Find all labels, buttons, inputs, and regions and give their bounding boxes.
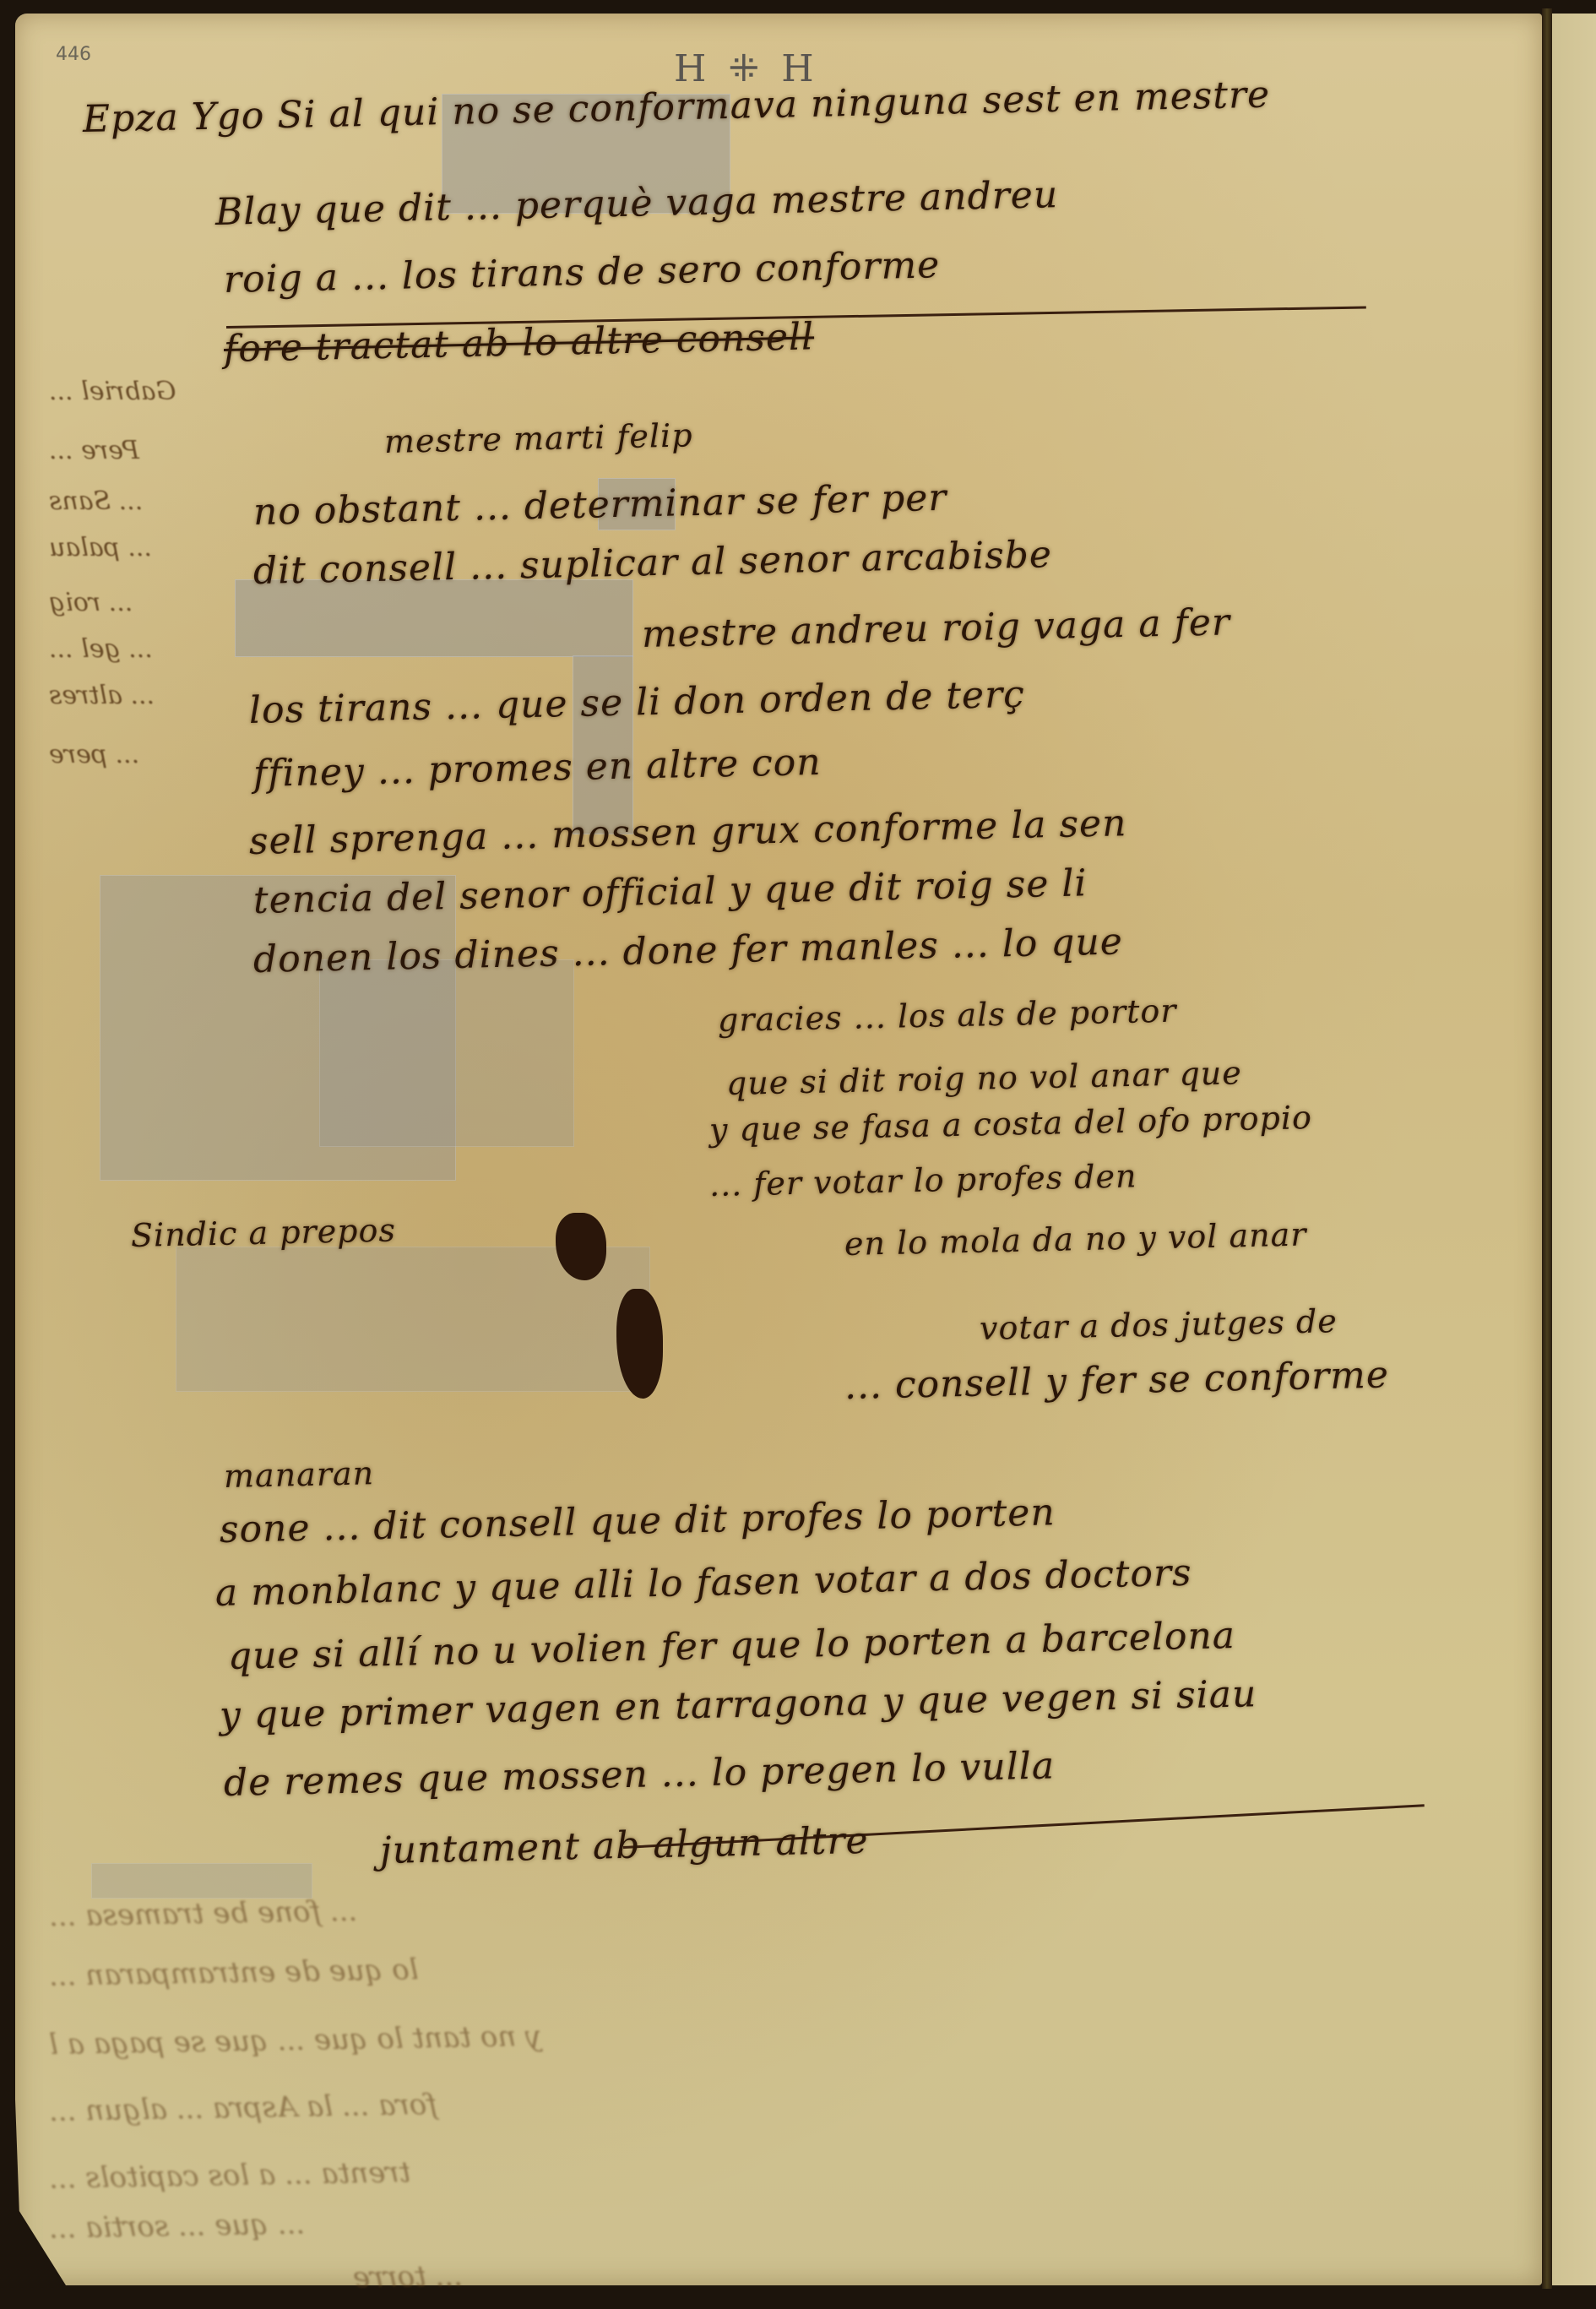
bleed-through-text: trenta ... a los capitols ... xyxy=(49,2155,411,2195)
text-line: a monblanc y que alli lo fasen votar a d… xyxy=(214,1551,1192,1615)
bleed-through-text: fora ... la Aspra ... algun ... xyxy=(49,2088,437,2128)
bleed-through-text: y no tant lo que ... que se paga a l xyxy=(49,2019,542,2062)
repair-tape xyxy=(91,1863,312,1899)
text-line: roig a ... los tirans de sero conforme xyxy=(223,243,940,302)
margin-bleed-text: ... Sans xyxy=(49,486,143,516)
text-line: y que primer vagen en tarragona y que ve… xyxy=(219,1672,1257,1737)
text-line: juntament ab algun altre xyxy=(379,1819,869,1872)
bleed-through-text: ... que ... sortia ... xyxy=(49,2207,306,2245)
text-line: gracies ... los als de portor xyxy=(718,992,1177,1039)
text-line: manaran xyxy=(224,1454,375,1495)
bleed-through-text: ... fone be tramesa ... xyxy=(49,1894,358,1933)
text-line: tencia del senor official y que dit roig… xyxy=(252,861,1087,922)
margin-heading: Sindic a prepos xyxy=(131,1211,397,1254)
text-line: Blay que dit ... perquè vaga mestre andr… xyxy=(214,173,1058,234)
margin-bleed-text: ... palau xyxy=(49,533,152,562)
margin-bleed-text: ... gel ... xyxy=(49,634,153,664)
text-line: que si allí no u volien fer que lo porte… xyxy=(227,1614,1235,1678)
text-line: en lo mola da no y vol anar xyxy=(844,1216,1307,1263)
text-line: no obstant ... determinar se fer per xyxy=(252,476,947,534)
text-line: votar a dos jutges de xyxy=(980,1302,1338,1347)
bleed-through-text: ... torre xyxy=(353,2259,464,2295)
text-line: de remes que mossen ... lo pregen lo vul… xyxy=(223,1744,1055,1805)
folio-number: 446 xyxy=(56,44,91,65)
repair-tape xyxy=(319,959,574,1147)
margin-bleed-text: ... altres xyxy=(49,681,155,710)
text-line: sell sprenga ... mossen grux conforme la… xyxy=(248,801,1126,863)
text-line: sone ... dit consell que dit profes lo p… xyxy=(219,1491,1056,1551)
text-line: fore tractat ab lo altre consell xyxy=(223,315,814,371)
adjacent-page-edge xyxy=(1552,14,1596,2285)
binding-gutter xyxy=(1542,8,1552,2289)
margin-bleed-text: Gabriel ... xyxy=(49,377,176,406)
text-line: mestre marti felip xyxy=(384,416,693,460)
text-line: ... fer votar lo profes den xyxy=(709,1157,1137,1203)
margin-bleed-text: ... roig xyxy=(49,588,133,617)
bleed-through-text: lo que de entramparan ... xyxy=(49,1953,419,1993)
text-line: mestre andreu roig vaga a fer xyxy=(641,600,1230,656)
margin-bleed-text: Pere ... xyxy=(49,436,139,465)
text-line: ffiney ... promes en altre con xyxy=(252,741,822,796)
manuscript-page: 446 H ⁜ H Gabriel ... Pere ... ... Sans … xyxy=(15,14,1542,2285)
margin-bleed-text: ... pere xyxy=(49,740,139,769)
text-line: ... consell y fer se conforme xyxy=(844,1353,1389,1407)
text-line: que si dit roig no vol anar que xyxy=(726,1054,1243,1102)
text-line: los tirans ... que se li don orden de te… xyxy=(248,673,1025,732)
text-line: y que se fasa a costa del ofo propio xyxy=(709,1099,1313,1149)
text-line: dit consell ... suplicar al senor arcabi… xyxy=(252,533,1052,593)
